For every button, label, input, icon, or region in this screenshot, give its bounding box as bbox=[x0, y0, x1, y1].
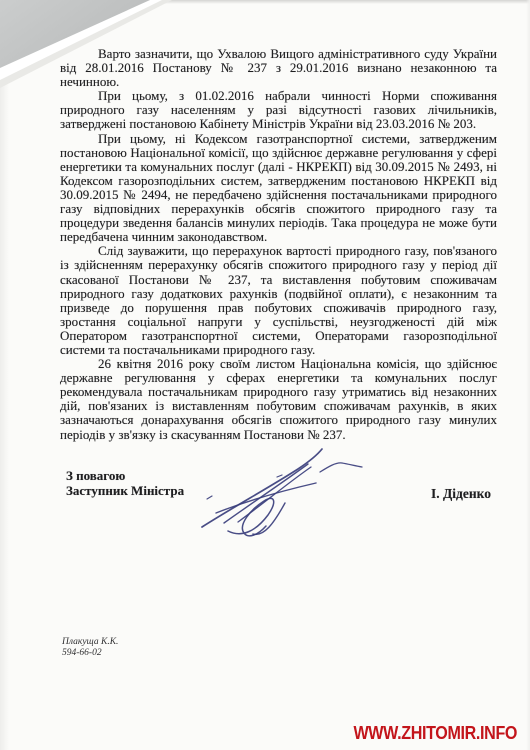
signer-name: І. Діденко bbox=[431, 486, 491, 502]
paragraph-codes-no-recalculation: При цьому, ні Кодексом газотранспортної … bbox=[60, 132, 497, 245]
scan-right-edge bbox=[526, 0, 530, 750]
scanned-letter-page: Варто зазначити, що Ухвалою Вищого адмін… bbox=[0, 0, 530, 750]
executor-phone: 594-66-02 bbox=[62, 648, 118, 659]
closing-block: З повагою Заступник Міністра bbox=[66, 468, 184, 498]
letter-body: Варто зазначити, що Ухвалою Вищого адмін… bbox=[60, 47, 497, 442]
closing-salutation: З повагою bbox=[66, 468, 184, 483]
closing-position: Заступник Міністра bbox=[66, 483, 184, 498]
signature-ink bbox=[198, 443, 373, 543]
executor-note: Плакуща К.К. 594-66-02 bbox=[62, 637, 118, 659]
paragraph-commission-letter: 26 квітня 2016 року своїм листом Націона… bbox=[60, 357, 497, 442]
scan-left-edge bbox=[0, 60, 9, 750]
paragraph-court-ruling: Варто зазначити, що Ухвалою Вищого адмін… bbox=[60, 47, 497, 89]
site-watermark: WWW.ZHITOMIR.INFO bbox=[353, 722, 517, 744]
executor-name: Плакуща К.К. bbox=[62, 637, 118, 648]
paragraph-consumption-norms: При цьому, з 01.02.2016 набрали чинності… bbox=[60, 89, 497, 131]
paragraph-recalculation-illegal: Слід зауважити, що перерахунок вартості … bbox=[60, 244, 497, 357]
